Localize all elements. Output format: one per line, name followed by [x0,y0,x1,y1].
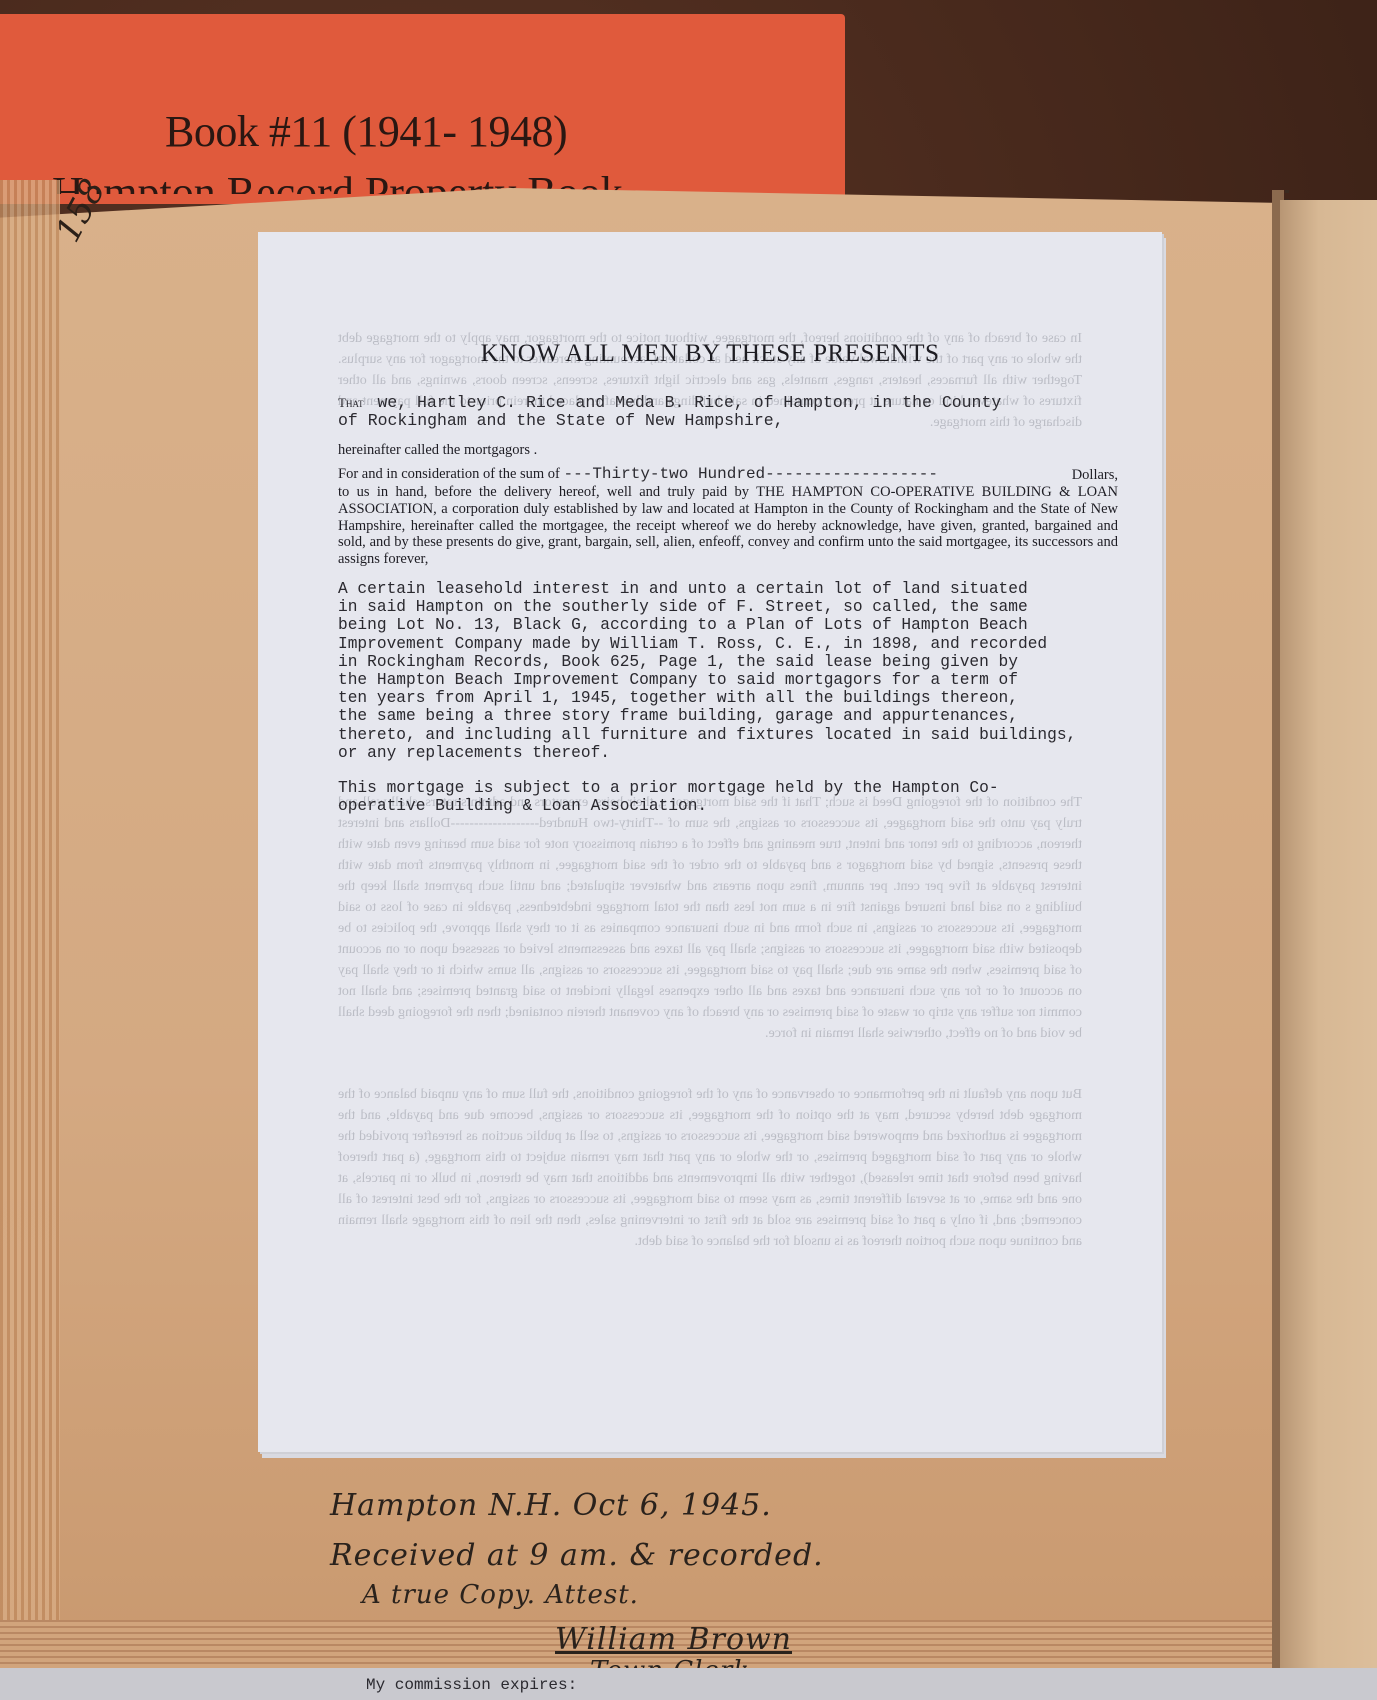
commission-expires-text: My commission expires: [366,1676,577,1694]
consideration-clause: to us in hand, before the delivery hereo… [338,484,1118,568]
sum-amount-typed: ---Thirty-two Hundred------------------ [564,465,938,483]
parties-line-1: we, Hartley C. Rice and Meda B. Rice, of… [377,393,1001,412]
clerk-signature: William Brown [555,1622,792,1657]
sum-suffix: Dollars, [1072,467,1118,484]
property-description: A certain leasehold interest in and unto… [338,580,1158,762]
parties-clause: Thatwe, Hartley C. Rice and Meda B. Rice… [338,394,1118,430]
prior-mortgage-note: This mortgage is subject to a prior mort… [338,779,1158,815]
mortgage-document: In case of breach of any of the conditio… [258,232,1162,1452]
hereinafter-clause: hereinafter called the mortgagors . [338,442,1118,459]
consideration-sum-line: For and in consideration of the sum of -… [338,465,1118,483]
page-stack-edge [0,180,60,1660]
cover-title: Book #11 (1941- 1948) [165,106,567,157]
document-title: KNOW ALL MEN BY THESE PRESENTS [258,340,1162,368]
right-book-page [1280,200,1377,1680]
parties-line-2: of Rockingham and the State of New Hamps… [338,411,784,430]
bleed-through-text-bottom: But upon any default in the performance … [338,1084,1082,1284]
bleed-through-text-middle: The condition of the foregoing Deed is s… [338,792,1082,1052]
sum-prefix: For and in consideration of the sum of [338,466,560,482]
that-label: That [338,395,363,410]
underlying-page-strip [0,1668,1377,1700]
attestation: A true Copy. Attest. [362,1580,639,1610]
recording-note: Received at 9 am. & recorded. [330,1538,824,1573]
recording-date: Hampton N.H. Oct 6, 1945. [330,1488,772,1523]
